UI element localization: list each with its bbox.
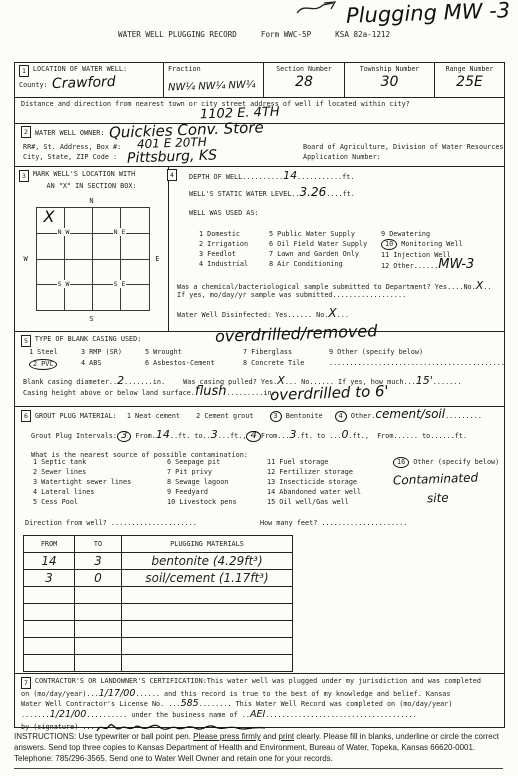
interval3-blank: From...... to......ft. xyxy=(377,432,467,440)
casing-option: 6 Asbestos-Cement xyxy=(145,359,243,370)
static-level-value: 3.26 xyxy=(300,185,327,199)
grout-option-3: Bentonite xyxy=(286,412,323,420)
interval2-to-value: 0 xyxy=(342,428,349,441)
interval1-material-num: 3 xyxy=(117,431,131,442)
cell-material: soil/cement (1.17ft³) xyxy=(122,570,293,587)
grout-intervals-label: Grout Plug Intervals: xyxy=(31,432,117,440)
township-label: Township Number xyxy=(349,65,430,73)
disinfected-no-x-mark: X xyxy=(328,306,336,320)
casing-option: 5 Wrought xyxy=(145,348,243,357)
use-option: 1 Domestic xyxy=(199,229,248,239)
table-row: 14 3 bentonite (4.29ft³) xyxy=(24,553,293,570)
chem-sample-question: Was a chemical/bacteriological sample su… xyxy=(177,283,476,291)
interval2-material-num: 4 xyxy=(246,431,260,442)
contamination-option: 1 Septic tank xyxy=(33,457,131,467)
casing-option: 9 Other (specify below) xyxy=(329,348,505,357)
contamination-option: 12 Fertilizer storage xyxy=(267,467,361,477)
label-nw-quarter: N W xyxy=(57,228,71,236)
depth-suffix: ...........ft. xyxy=(297,173,354,181)
section3-title-line2: AN "X" IN SECTION BOX: xyxy=(19,182,164,191)
field-township: Township Number 30 xyxy=(344,63,434,97)
cell-from: 3 xyxy=(24,570,75,587)
owner-city-label: City, State, ZIP Code : xyxy=(23,153,117,162)
section3-title-line1: MARK WELL'S LOCATION WITH xyxy=(33,170,135,178)
contamination-option: 11 Fuel storage xyxy=(267,457,361,467)
casing-option: 3 RMP (SR) xyxy=(81,348,145,357)
other-use-value: MW-3 xyxy=(438,257,474,272)
use-option: Dewatering xyxy=(389,230,430,238)
instructions-underlined-1: Please press firmly xyxy=(193,732,261,741)
uses-column-2: 5 Public Water Supply 6 Oil Field Water … xyxy=(269,229,367,269)
section-box-grid: N S W E N W N E S W S E X xyxy=(22,195,162,323)
table-header-row: FROM TO PLUGGING MATERIALS xyxy=(24,536,293,553)
table-row xyxy=(24,587,293,604)
use-option: Monitoring Well xyxy=(401,240,462,248)
business-name-value: AEI xyxy=(250,709,265,720)
contamination-option: 10 Livestock pens xyxy=(167,497,237,507)
section3-location-box: 3MARK WELL'S LOCATION WITH AN "X" IN SEC… xyxy=(15,167,169,331)
table-row xyxy=(24,621,293,638)
certification-line1: CONTRACTOR'S OR LANDOWNER'S CERTIFICATIO… xyxy=(35,677,481,685)
section-number-value: 28 xyxy=(268,74,340,90)
use-option: 2 Irrigation xyxy=(199,239,248,249)
interval2-mid: .ft. to ... xyxy=(296,432,341,440)
section6-number: 6 xyxy=(21,410,31,422)
fraction-label: Fraction xyxy=(168,65,259,74)
contamination-other-num-circled: 16 xyxy=(393,457,409,468)
county-label: County: xyxy=(19,81,48,89)
casing-diameter-suffix: .......in. xyxy=(124,378,165,386)
section1-number: 1 xyxy=(19,65,29,77)
sample-date-line: If yes, mo/day/yr sample was submitted..… xyxy=(177,291,406,300)
table-row xyxy=(24,638,293,655)
application-number-label: Application Number: xyxy=(303,153,381,162)
interval2-tail: .ft., xyxy=(349,432,369,440)
use-option: 6 Oil Field Water Supply xyxy=(269,239,367,249)
form-title: WATER WELL PLUGGING RECORD xyxy=(118,30,237,39)
use-option: 3 Feedlot xyxy=(199,249,248,259)
owner-address-label: RR#, St. Address, Box #: xyxy=(23,143,121,152)
form-body: 1LOCATION OF WATER WELL: County: Crawfor… xyxy=(14,62,505,728)
use-option-num-circled: 10 xyxy=(381,239,397,250)
table-row xyxy=(24,655,293,672)
certification-line3-post: ........ This Water Well Record was comp… xyxy=(199,700,453,708)
license-number-value: 585 xyxy=(181,698,199,709)
use-option-num: 12 xyxy=(381,262,389,270)
table-row: 3 0 soil/cement (1.17ft³) xyxy=(24,570,293,587)
grout-other-dots: ......... xyxy=(445,412,482,420)
instructions-text: INSTRUCTIONS: Use typewriter or ball poi… xyxy=(14,732,193,741)
other-casing-dots: ........................................… xyxy=(329,359,505,370)
compass-east: E xyxy=(155,255,159,263)
location-x-mark: X xyxy=(44,207,55,226)
casing-height-suffix: .........in. xyxy=(227,389,276,397)
grout-option-4-num-circled: 4 xyxy=(335,411,347,422)
handwritten-title: Plugging MW -3 xyxy=(346,0,511,28)
field-county: 1LOCATION OF WATER WELL: County: Crawfor… xyxy=(15,63,163,97)
contamination-option: 15 Oil well/Gas well xyxy=(267,497,361,507)
use-option: 4 Industrial xyxy=(199,259,248,269)
compass-south: S xyxy=(89,315,93,323)
overdrilled-note: overdrilled to 6' xyxy=(270,382,389,404)
static-level-label: WELL'S STATIC WATER LEVEL.. xyxy=(189,190,300,198)
range-value: 25E xyxy=(439,74,500,90)
form-header: WATER WELL PLUGGING RECORD Form WWC-5P K… xyxy=(118,30,390,39)
used-as-label: WELL WAS USED AS: xyxy=(189,209,496,218)
plugged-date-value: 1/17/00 xyxy=(99,688,136,699)
interval1-from-label: From. xyxy=(135,432,155,440)
certification-line2-pre: on (mo/day/year)... xyxy=(21,690,99,698)
contamination-option: 3 Watertight sewer lines xyxy=(33,477,131,487)
scanned-form-page: Plugging MW -3 WATER WELL PLUGGING RECOR… xyxy=(0,0,518,776)
field-section-number: Section Number 28 xyxy=(263,63,344,97)
contamination-other: 16 Other (specify below) Contaminated si… xyxy=(393,457,498,506)
contamination-column-3: 11 Fuel storage 12 Fertilizer storage 13… xyxy=(267,457,361,507)
label-se-quarter: S E xyxy=(113,280,127,288)
section4-number: 4 xyxy=(167,169,177,181)
contamination-option: 6 Seepage pit xyxy=(167,457,237,467)
plugging-materials-table: FROM TO PLUGGING MATERIALS 14 3 bentonit… xyxy=(23,535,293,672)
certification-line4-post: ..................................... xyxy=(265,711,416,719)
section5-title: TYPE OF BLANK CASING USED: xyxy=(35,335,141,343)
disinfected-tail: ... xyxy=(337,311,349,319)
fraction-value: NW¼ NW¼ NW¼ xyxy=(168,79,256,93)
business-name-label: .......... under the business name of .. xyxy=(86,711,250,719)
contamination-option: 13 Insecticide storage xyxy=(267,477,361,487)
contamination-option: 4 Lateral lines xyxy=(33,487,131,497)
casing-option: 8 Concrete Tile xyxy=(243,359,329,370)
contamination-column-2: 6 Seepage pit 7 Pit privy 8 Sewage lagoo… xyxy=(167,457,237,507)
grout-option-3-num-circled: 3 xyxy=(270,411,282,422)
casing-height-label: Casing height above or below land surfac… xyxy=(23,389,195,397)
compass-west: W xyxy=(24,255,28,263)
interval2-from-label: From... xyxy=(261,432,290,440)
license-label: Water Well Contractor's License No. ... xyxy=(21,700,181,708)
record-date-value: 1/21/00 xyxy=(50,709,87,720)
pen-scribble xyxy=(295,0,339,16)
label-ne-quarter: N E xyxy=(113,228,127,236)
casing-height-value: flush xyxy=(195,384,227,399)
certification-line2-post: ...... and this record is true to the be… xyxy=(135,690,450,698)
static-level-suffix: ....ft. xyxy=(326,190,355,198)
range-label: Range Number xyxy=(439,65,500,73)
certification-line4-pre: ....... xyxy=(21,711,50,719)
cell-to: 3 xyxy=(75,553,122,570)
how-many-feet-label: How many feet? ..................... xyxy=(260,519,407,528)
chem-question-tail: .. xyxy=(483,283,491,291)
instructions-underlined-2: print xyxy=(279,732,295,741)
cell-material: bentonite (4.29ft³) xyxy=(122,553,293,570)
statute-number: KSA 82a-1212 xyxy=(335,30,390,39)
section4-well-info: 4 DEPTH OF WELL..........14...........ft… xyxy=(169,167,504,331)
casing-option: 4 ABS xyxy=(81,359,145,370)
interval1-mid: ..ft. to.. xyxy=(170,432,211,440)
instructions-block: INSTRUCTIONS: Use typewriter or ball poi… xyxy=(14,731,503,769)
depth-label: DEPTH OF WELL.......... xyxy=(189,173,283,181)
contamination-column-1: 1 Septic tank 2 Sewer lines 3 Watertight… xyxy=(33,457,131,507)
grout-option-1: 1 Neat cement xyxy=(127,412,180,420)
grout-material-label: GROUT PLUG MATERIAL: xyxy=(35,412,117,420)
col-header-from: FROM xyxy=(24,536,75,553)
county-value: Crawford xyxy=(52,78,116,89)
contamination-option: 8 Sewage lagoon xyxy=(167,477,237,487)
label-sw-quarter: S W xyxy=(57,280,71,288)
section5-casing: overdrilled/removed 5TYPE OF BLANK CASIN… xyxy=(15,331,504,406)
uses-column-1: 1 Domestic 2 Irrigation 3 Feedlot 4 Indu… xyxy=(199,229,248,269)
depth-value: 14 xyxy=(283,169,297,182)
casing-option: 7 Fiberglass xyxy=(243,348,329,357)
casing-pulled-tail: ....... xyxy=(433,378,462,386)
use-option-num: 11 xyxy=(381,251,389,259)
form-number: Form WWC-5P xyxy=(261,30,311,39)
contamination-option: 14 Abandoned water well xyxy=(267,487,361,497)
contamination-other-value-line2: site xyxy=(427,491,449,506)
section7-certification: 7CONTRACTOR'S OR LANDOWNER'S CERTIFICATI… xyxy=(15,673,504,727)
col-header-to: TO xyxy=(75,536,122,553)
cell-from: 14 xyxy=(24,553,75,570)
contamination-other-label: Other (specify below) xyxy=(413,458,499,466)
section1-location-row: 1LOCATION OF WATER WELL: County: Crawfor… xyxy=(15,63,504,97)
field-fraction: Fraction NW¼ NW¼ NW¼ xyxy=(163,63,263,97)
section5-number: 5 xyxy=(21,335,31,347)
interval1-from-value: 14 xyxy=(156,428,170,441)
owner-city-value: Pittsburg, KS xyxy=(127,147,217,166)
board-label: Board of Agriculture, Division of Water … xyxy=(303,143,504,152)
instructions-text: and xyxy=(261,732,279,741)
use-option: 7 Lawn and Garden Only xyxy=(269,249,367,259)
use-option: Other...... xyxy=(393,262,438,270)
interval1-tail: ...ft., xyxy=(218,432,247,440)
section7-number: 7 xyxy=(21,677,31,689)
field-range: Range Number 25E xyxy=(434,63,504,97)
contamination-option: 2 Sewer lines xyxy=(33,467,131,477)
section2-owner: 2WATER WELL OWNER: Quickies Conv. Store … xyxy=(15,123,504,166)
section34-row: 3MARK WELL'S LOCATION WITH AN "X" IN SEC… xyxy=(15,166,504,331)
contamination-option: 5 Cess Pool xyxy=(33,497,131,507)
contamination-other-value-line1: Contaminated xyxy=(393,471,479,488)
grout-option-2: 2 Cement grout xyxy=(196,412,253,420)
owner-label: WATER WELL OWNER: xyxy=(35,129,105,137)
table-row xyxy=(24,604,293,621)
disinfected-label: Water Well Disinfected: Yes...... No. xyxy=(177,311,328,319)
contamination-option: 9 Feedyard xyxy=(167,487,237,497)
section6-grout: 6GROUT PLUG MATERIAL: 1 Neat cement 2 Ce… xyxy=(15,406,504,673)
grout-other-value: cement/soil xyxy=(375,407,445,421)
section2-number: 2 xyxy=(21,126,31,138)
use-option-num: 9 xyxy=(381,230,385,238)
section3-number: 3 xyxy=(19,170,29,182)
col-header-materials: PLUGGING MATERIALS xyxy=(122,536,293,553)
casing-diameter-label: Blank casing diameter.. xyxy=(23,378,117,386)
grout-option-4: Other. xyxy=(351,412,376,420)
direction-from-well-label: Direction from well? ...................… xyxy=(25,519,197,528)
use-option: 8 Air Conditioning xyxy=(269,259,367,269)
uses-column-3: 9 Dewatering 10 Monitoring Well 11 Injec… xyxy=(381,229,474,271)
casing-pulled-amount: 15' xyxy=(416,374,433,387)
section1-title: LOCATION OF WATER WELL: xyxy=(33,65,127,73)
compass-north: N xyxy=(89,197,93,205)
casing-option: 1 Steel xyxy=(29,348,81,357)
use-option: 5 Public Water Supply xyxy=(269,229,367,239)
cell-to: 0 xyxy=(75,570,122,587)
casing-options: 1 Steel 3 RMP (SR) 5 Wrought 7 Fiberglas… xyxy=(29,348,498,370)
section-number-label: Section Number xyxy=(268,65,340,73)
interval1-to-value: 3 xyxy=(211,428,218,441)
casing-option-pvc-circled: 2 PVC xyxy=(29,359,57,370)
contamination-option: 7 Pit privy xyxy=(167,467,237,477)
township-value: 30 xyxy=(349,74,430,90)
